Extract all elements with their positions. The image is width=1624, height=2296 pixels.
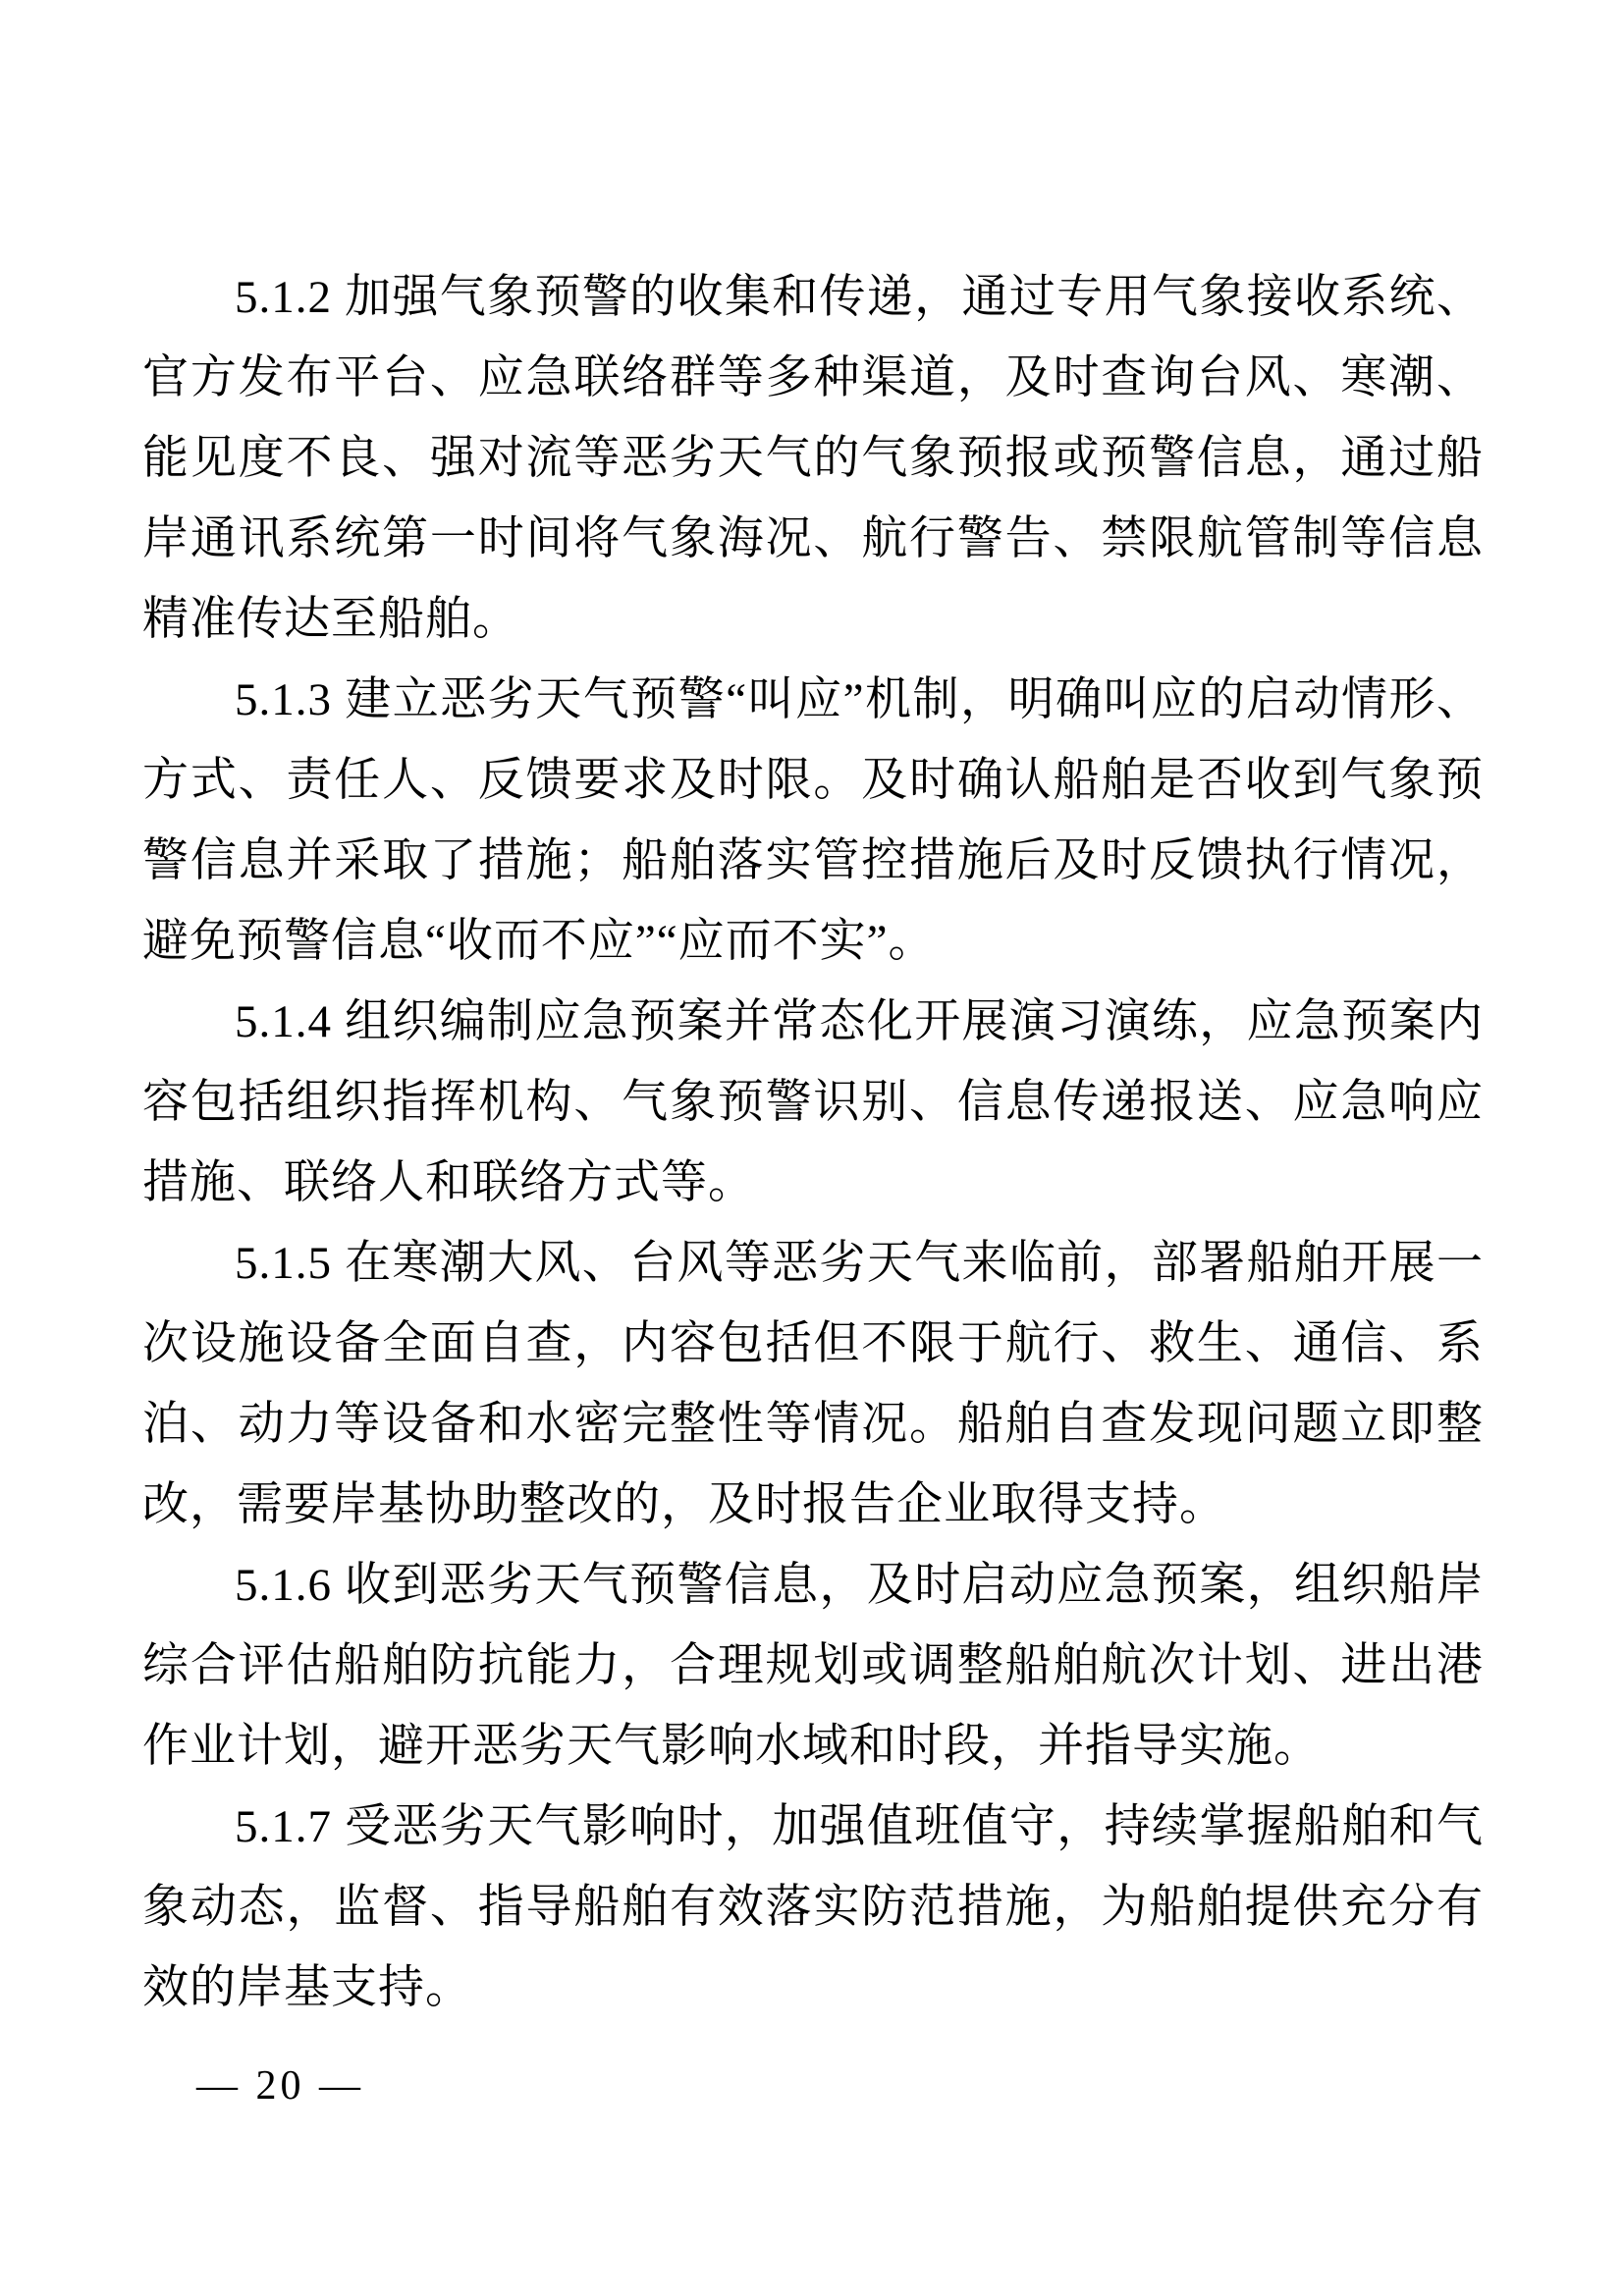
paragraph-5-1-5: 5.1.5 在寒潮大风、台风等恶劣天气来临前，部署船舶开展一次设施设备全面自查，… — [142, 1223, 1484, 1545]
paragraph-5-1-6: 5.1.6 收到恶劣天气预警信息，及时启动应急预案，组织船岸综合评估船舶防抗能力… — [142, 1545, 1484, 1787]
document-body: 5.1.2 加强气象预警的收集和传递，通过专用气象接收系统、官方发布平台、应急联… — [142, 257, 1484, 2028]
paragraph-5-1-3: 5.1.3 建立恶劣天气预警“叫应”机制，明确叫应的启动情形、方式、责任人、反馈… — [142, 660, 1484, 982]
document-page: 5.1.2 加强气象预警的收集和传递，通过专用气象接收系统、官方发布平台、应急联… — [0, 0, 1624, 2296]
paragraph-5-1-2: 5.1.2 加强气象预警的收集和传递，通过专用气象接收系统、官方发布平台、应急联… — [142, 257, 1484, 660]
paragraph-5-1-7: 5.1.7 受恶劣天气影响时，加强值班值守，持续掌握船舶和气象动态，监督、指导船… — [142, 1787, 1484, 2028]
page-number: — 20 — — [196, 2061, 364, 2110]
paragraph-5-1-4: 5.1.4 组织编制应急预案并常态化开展演习演练，应急预案内容包括组织指挥机构、… — [142, 982, 1484, 1223]
